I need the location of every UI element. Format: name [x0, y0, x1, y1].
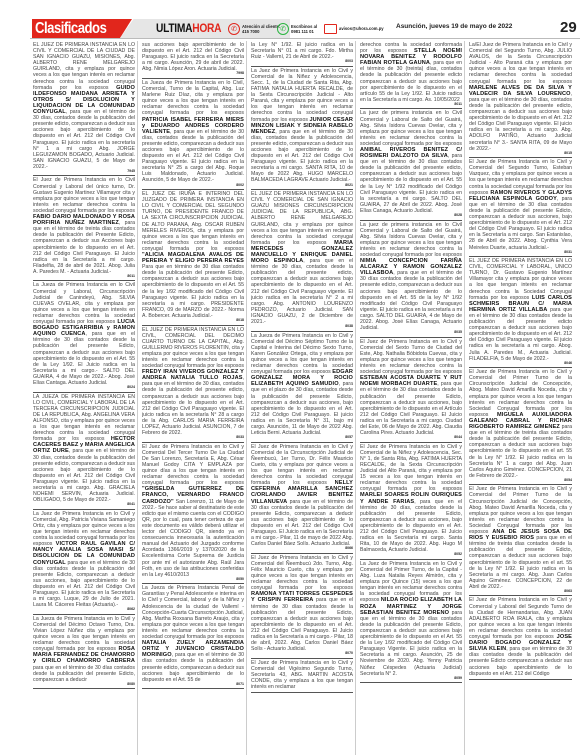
notice-text-continued: para que en el término de 30 días contad… [251, 597, 353, 652]
notice-text: EL JUEZ DE IRUÑA E INTERINO DEL JUZGADO … [142, 191, 244, 252]
notice-code: 8046 [469, 362, 572, 366]
notice-text-continued: para que en el término de 30 días contad… [251, 499, 353, 548]
contact-whatsapp: ✆ Escríbinos al0981 111 01 [277, 20, 317, 37]
legal-notice: EL JUEZ DE PRIMERA INSTANCIA EN LO CIVIL… [251, 190, 353, 332]
notice-code: 8059 [360, 677, 462, 681]
legal-notice: El Juez de Primera Instancia en lo Civil… [251, 443, 353, 554]
legal-notice: EL JUEZ DE IRUÑA E INTERINO DEL JUZGADO … [142, 190, 244, 325]
notice-code: 8050 [142, 578, 244, 582]
legal-notice: La juez de primera instancia en lo Civil… [360, 109, 462, 220]
contact-phone: ✆ Atención al cliente:415 7000 [228, 20, 280, 37]
notice-code: 8015 [469, 152, 572, 156]
legal-notice: El Juez de Primera Instancia en lo Civil… [251, 554, 353, 659]
notice-text-continued: para que en el término de treinta días c… [469, 424, 572, 479]
legal-notice: El Juez de Primera Instancia en lo Civil… [142, 443, 244, 585]
notice-text-continued: para que en el término de treinta días c… [469, 535, 572, 590]
notice-text-continued: , para que en el término de 30 días, con… [33, 448, 135, 503]
legal-notice: La Juez de Primera Instancia en lo Civil… [33, 510, 135, 615]
notice-text: sus acciones bajo apercibimiento de lo d… [142, 42, 244, 72]
legal-notice: El Juez de Primera Instancia en lo Civil… [360, 443, 462, 560]
notice-text: El Juez de Primera Instancia en lo Civil… [251, 660, 353, 690]
mail-icon [324, 24, 337, 34]
legal-notice: La/El Juez de Primera Instancia en lo Ci… [469, 41, 572, 158]
notice-code: 8038 [251, 325, 353, 329]
notice-text-continued: , para que en el término de 30 días, con… [142, 129, 244, 184]
notice-code: 8003 [251, 60, 353, 64]
legal-notice: sus acciones bajo apercibimiento de lo d… [142, 41, 244, 79]
legal-notice: El Juez de Primera Instancia en lo Civil… [469, 485, 572, 596]
notice-code: 8031 [469, 251, 572, 255]
legal-notice: El Juez de Primera Instancia en lo Civil… [469, 596, 572, 679]
notice-code: 8063 [469, 590, 572, 594]
legal-notice: EL JUEZ DE PRIMERA INSTANCIA EN LO CIVIL… [469, 257, 572, 368]
notice-code: 8054 [469, 479, 572, 483]
legal-notice: El Juez de Primera Instancia en lo Civil… [469, 368, 572, 485]
logo-hora: HORA [192, 21, 221, 35]
notice-text-continued: , para que en el término de treinta días… [33, 220, 135, 275]
notice-code: 8041 [33, 503, 135, 507]
contact-email-value[interactable]: avisos@uhora.com.py [339, 26, 384, 31]
notice-text: El Juez de Primera Instancia en lo Civil… [142, 444, 244, 487]
legal-notice: LA JUEZA DE PRIMERA INSTANCIA EN LO CIVI… [33, 393, 135, 510]
notice-code: 8035 [360, 331, 462, 335]
notice-text: La Jueza de Primera Instancia en lo Civi… [142, 80, 244, 116]
notice-code: 7945 [33, 170, 135, 174]
section-banner: Clasificados [32, 19, 132, 38]
column-4: derechos contra la sociedad conformada p… [360, 41, 465, 755]
notice-text-continued: San Lorenzo, 11 de Mayo de 2022.- Se hac… [142, 499, 244, 578]
notice-text: EL JUEZ DE PRIMERA INSTANCIA EN LO CIVIL… [251, 191, 353, 246]
notice-text: La Juez de Primera Instancia en lo Civil… [251, 68, 353, 123]
legal-notice: El Juez de Primera Instancia en lo Civil… [251, 659, 353, 693]
notice-spouses-names: ANIBAL RIVEROS BENITEZ C/ ROSIMERI DALZO… [360, 147, 462, 159]
notice-text: La juez de primera instancia en lo Civil… [360, 222, 462, 258]
legal-notice: El Juez de Primera Instancia en lo Civil… [360, 338, 462, 443]
notice-code: 8080 [33, 683, 135, 687]
legal-notice: EL JUEZ DE PRIMERA INSTANCIA EN LO CIVIL… [33, 41, 135, 176]
whatsapp-icon: ✆ [277, 23, 289, 35]
notice-text-continued: , para que en el término de 30 días, con… [360, 499, 462, 554]
notice-text-continued: , para que en el término de 30 días cont… [469, 196, 572, 251]
notice-text-continued: , para que en el término de 30 días, con… [251, 258, 353, 325]
legal-notice: La Juez de Primera Instancia en lo Civil… [360, 560, 462, 683]
notice-code: 8066 [251, 547, 353, 551]
notice-text: LA JUEZA DE PRIMERA INSTANCIA EN LO CIVI… [33, 394, 135, 443]
notice-text: El Juez de Primera Instancia en lo Civil… [469, 486, 572, 535]
notice-text-continued: para que en el término de 30 días contad… [469, 307, 572, 362]
notice-text: El Juez de Primera Instancia en lo Civil… [360, 339, 462, 375]
notice-text-continued: , para que en el término de 30 días, con… [251, 129, 353, 184]
legal-notice: EL JUEZ DE PRIMERA INSTANCIA EN LO CIVIL… [142, 326, 244, 443]
notice-text-continued: , para que en el plazo de 30 días, conta… [251, 381, 353, 436]
newspaper-logo: ULTIMAHORA [156, 21, 221, 36]
notice-spouses-names: FREDY IRAN VIVEROS GONZALEZ Y ANDREA NAT… [142, 369, 244, 381]
notice-code: 8033 [142, 436, 244, 440]
legal-notice: la Ley N° 1/92. El juicio radica en la S… [251, 41, 353, 67]
legal-notice: La Jueza de Primera Instancia en lo Civi… [142, 79, 244, 190]
legal-notice: La Jueza de Primera Instancia en lo Civi… [33, 281, 135, 392]
notice-text: El Juez de Primera Instancia en lo Civil… [469, 369, 572, 418]
notice-text-continued: , para que en el término de 30 días, con… [469, 91, 572, 152]
legal-notice: El Juez de Primera Instancia en lo Civil… [33, 176, 135, 281]
notice-text-continued: para que en el término de 30 días contad… [33, 560, 135, 609]
notice-spouses-names: "ALICIA MAGDALENA AVALOS DE PEREIRA Y EL… [142, 252, 244, 264]
notice-text: El Juez de Primera Instancia en lo Civil… [360, 444, 462, 493]
notice-text: EL JUEZ DE PRIMERA INSTANCIA EN LO CIVIL… [142, 327, 244, 370]
notice-text-continued: , para que en el término de 30 días, con… [142, 375, 244, 436]
publication-date: Asunción, jueves 19 de mayo de 2022 [396, 23, 512, 30]
notice-text-continued: , para que en el término de 30 días cont… [360, 270, 462, 331]
notice-text-continued: , para que en el término de 30 días, con… [33, 109, 135, 170]
notice-text: El Juez de Primera Instancia en lo Civil… [33, 177, 135, 213]
column-2: sus acciones bajo apercibimiento de lo d… [142, 41, 247, 755]
notice-code: 8062 [33, 608, 135, 612]
notice-text: La Jueza de Primera Instancia Penal de G… [142, 585, 244, 640]
section-title: Clasificados [35, 19, 106, 38]
notice-text-continued: , para que en el término de 30 días cont… [360, 153, 462, 214]
notice-text-continued: Para que en término de 30 días contados … [142, 264, 244, 319]
page-header: Clasificados ULTIMAHORA ✆ Atención al cl… [30, 19, 580, 38]
contact-value: 0981 111 01 [291, 29, 314, 34]
notice-text: La/El Juez de Primera Instancia en lo Ci… [469, 42, 572, 85]
legal-notice: El Juez de Primera Instancia en lo Civil… [469, 158, 572, 257]
logo-ultima: ULTIMA [156, 21, 192, 35]
column-5: La/El Juez de Primera Instancia en lo Ci… [469, 41, 574, 755]
legal-notice: derechos contra la sociedad conformada p… [360, 41, 462, 109]
notice-code: 8002 [142, 184, 244, 188]
legal-notice: La Jueza de Primera Instancia en lo Civi… [33, 615, 135, 690]
notice-code: 8011 [33, 275, 135, 279]
notice-text: la Ley N° 1/92. El juicio radica en la S… [251, 42, 353, 60]
phone-icon: ✆ [228, 23, 240, 35]
legal-notice: La Jueza de Primera Instancia en lo Civi… [251, 332, 353, 443]
contact-value: 415 7000 [242, 29, 259, 34]
contact-email[interactable]: avisos@uhora.com.py [324, 20, 384, 37]
notice-spouses-names: MARLENE ALVES DE DA SILVA Y VALDECIR DA … [469, 85, 572, 97]
notice-text: La juez de primera instancia en lo Civil… [360, 110, 462, 146]
legal-notice: La juez de primera instancia en lo Civil… [360, 221, 462, 338]
notice-code: 8044 [360, 436, 462, 440]
classifieds-columns: EL JUEZ DE PRIMERA INSTANCIA EN LO CIVIL… [33, 41, 578, 755]
notice-code: 8024 [33, 386, 135, 390]
notice-text: El Juez de Primera Instancia en lo Civil… [251, 555, 353, 591]
notice-text-continued: , para que en el término de 30 días cont… [360, 381, 462, 436]
notice-code: 8052 [360, 553, 462, 557]
notice-code: 8018 [142, 319, 244, 323]
notice-code: 8021 [251, 184, 353, 188]
notice-code: 8071 [142, 683, 244, 687]
page-number: 29 [560, 19, 577, 36]
notice-text: EL JUEZ DE PRIMERA INSTANCIA EN LO CIVIL… [33, 42, 135, 91]
notice-code: 8057 [251, 436, 353, 440]
notice-code: 8011 [360, 103, 462, 107]
header-divider [30, 38, 580, 39]
legal-notice: La Juez de Primera Instancia en lo Civil… [251, 67, 353, 190]
column-3: la Ley N° 1/92. El juicio radica en la S… [251, 41, 356, 755]
legal-notice: La Jueza de Primera Instancia Penal de G… [142, 584, 244, 689]
notice-text-continued: para que en el término de 30 días contad… [360, 610, 462, 677]
notice-text-continued: para que en el término de 30 días contad… [33, 665, 135, 683]
notice-code: 7998 [142, 72, 244, 76]
notice-text-continued: , para que en el término de 30 días cont… [33, 331, 135, 386]
notice-code: 8070 [251, 652, 353, 656]
column-1: EL JUEZ DE PRIMERA INSTANCIA EN LO CIVIL… [33, 41, 138, 755]
notice-text-continued: , para que en el término de 30 (treinta)… [360, 60, 462, 103]
notice-code: 8028 [360, 214, 462, 218]
